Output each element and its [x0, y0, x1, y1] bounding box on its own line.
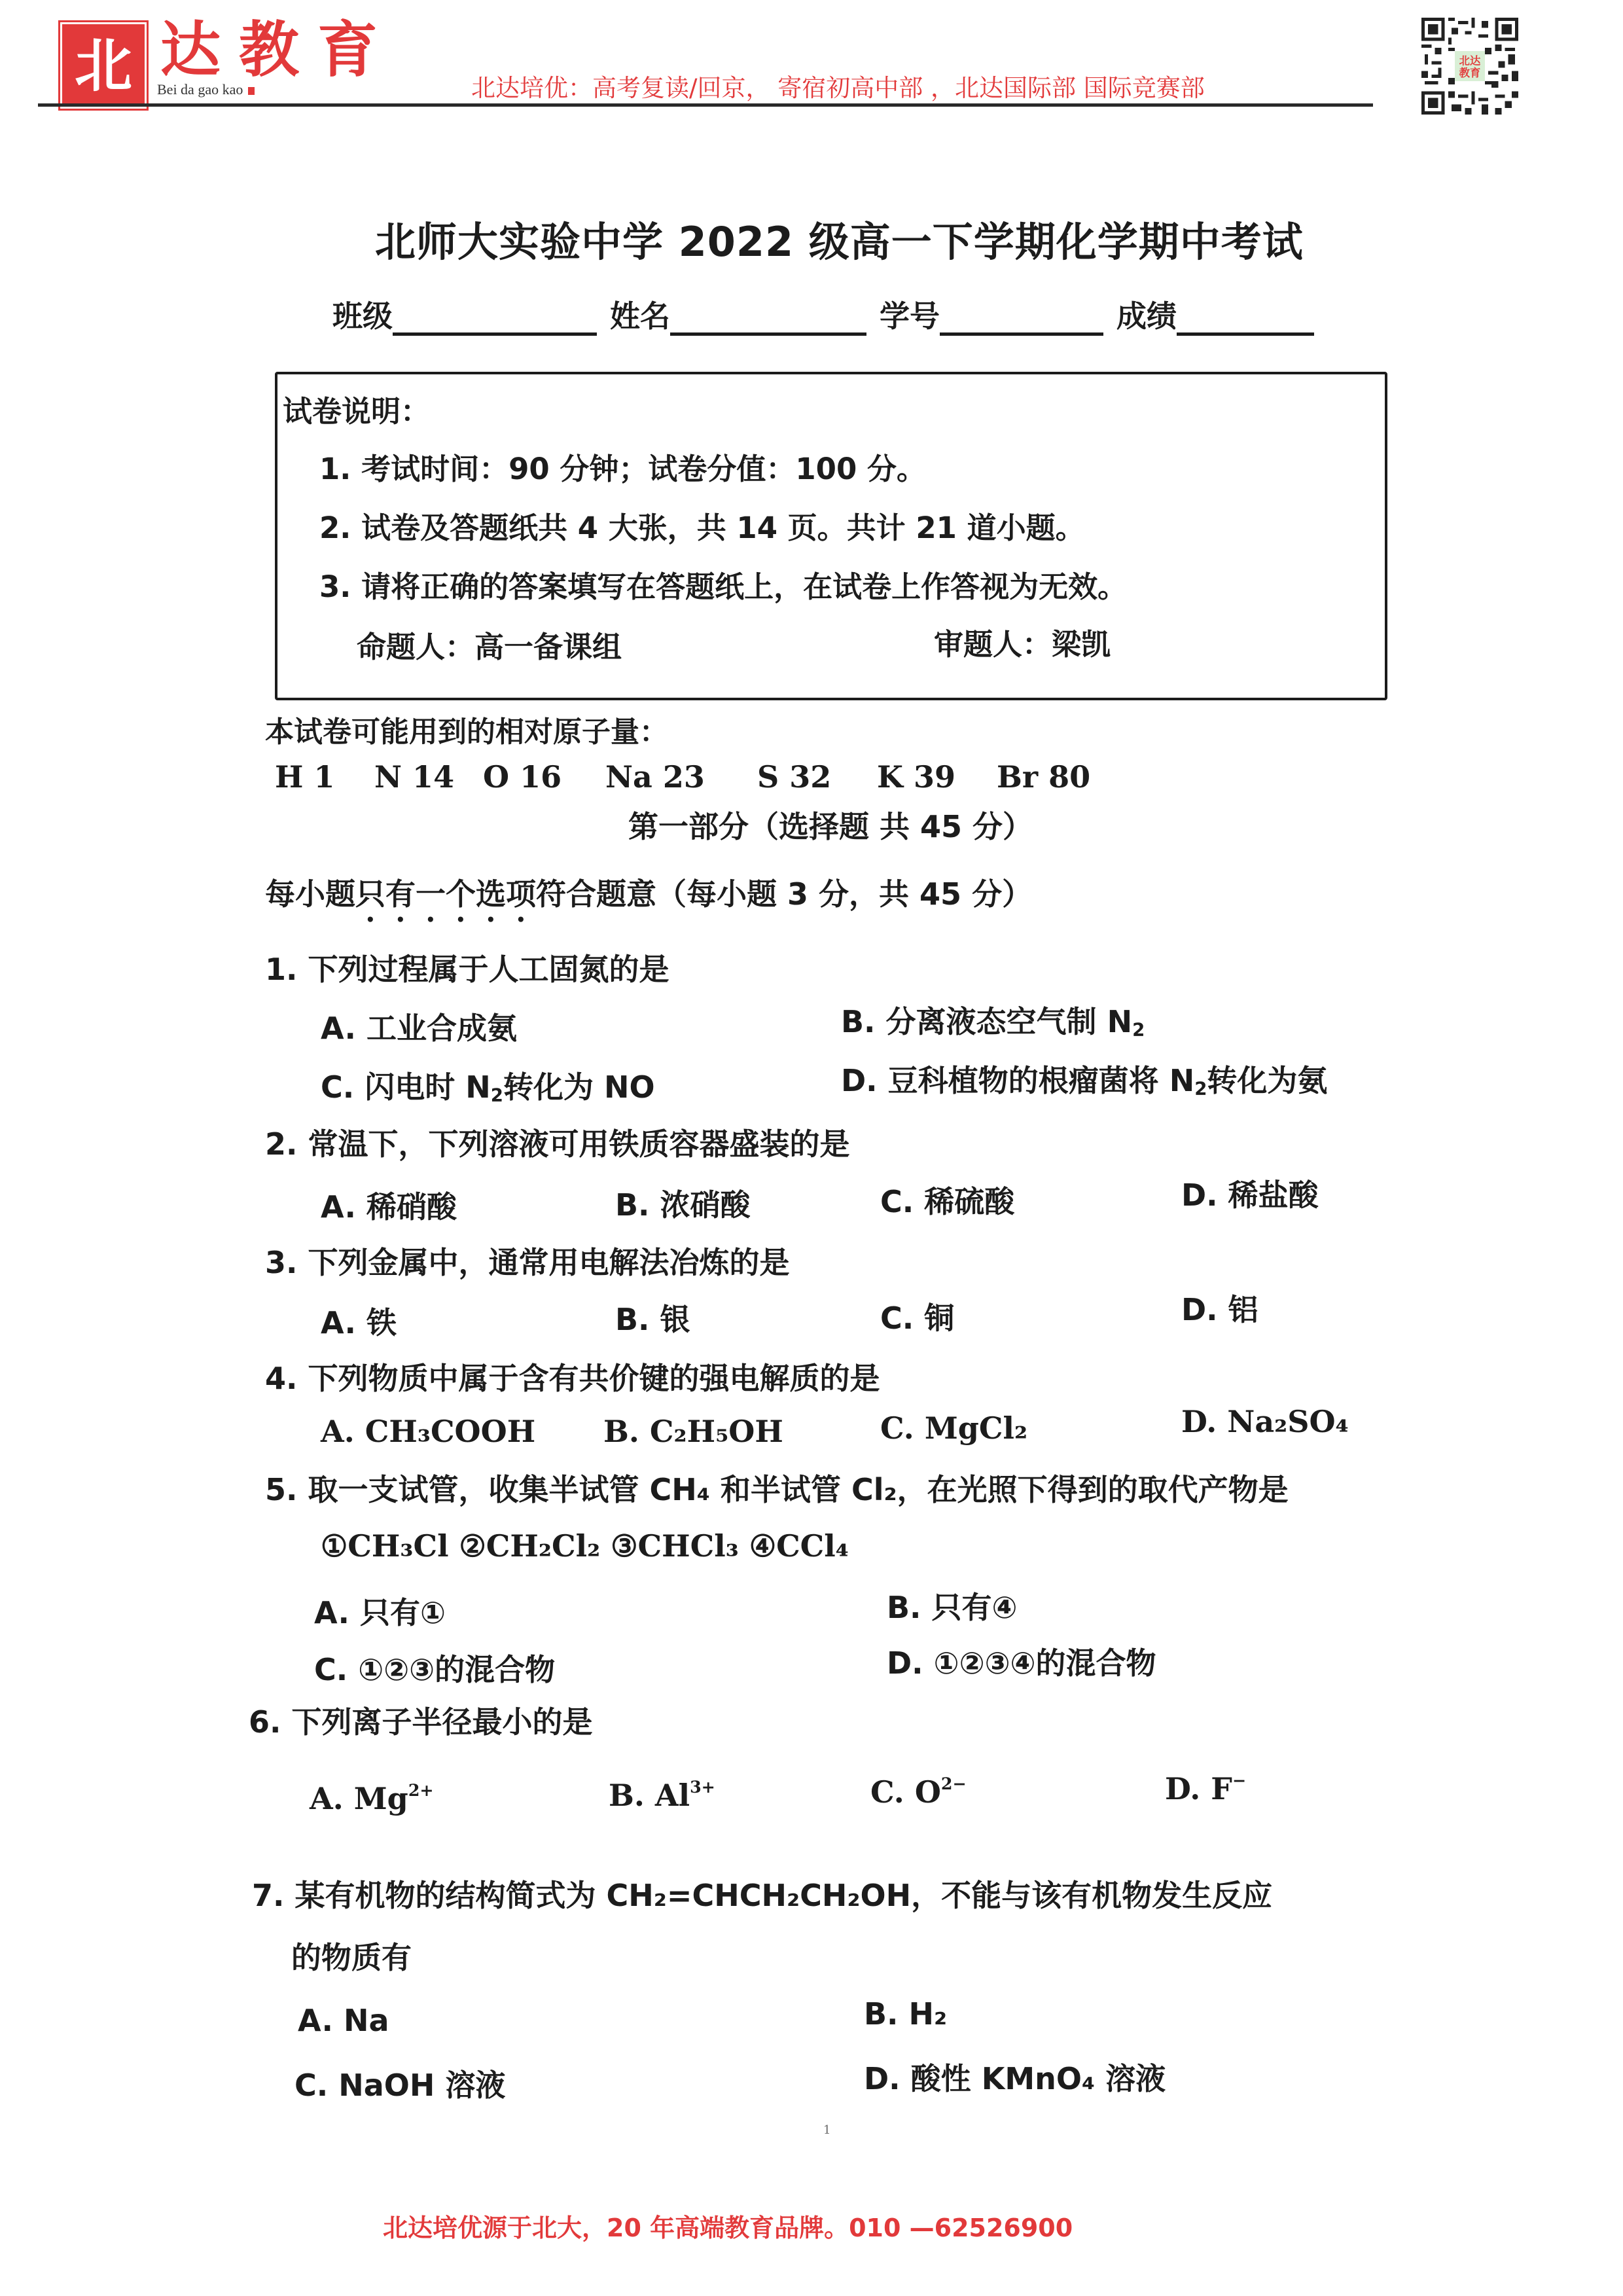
question-7: 7. 某有机物的结构简式为 CH₂=CHCH₂CH₂OH，不能与该有机物发生反应: [252, 1872, 1272, 1915]
atomic-mass-n: N 14: [374, 759, 454, 795]
qr-code-icon: 北达 教育: [1420, 18, 1520, 115]
q7-option-a[interactable]: A. Na: [298, 2003, 389, 2038]
question-7-continued: 的物质有: [291, 1934, 412, 1977]
student-id-field[interactable]: [940, 304, 1103, 336]
q3-option-b[interactable]: B. 银: [615, 1296, 690, 1339]
name-field-label: 姓名: [610, 293, 670, 336]
option-text: C. O: [870, 1774, 941, 1810]
charge-superscript: 2+: [408, 1780, 434, 1800]
question-stem: 取一支试管，收集半试管 CH₄ 和半试管 Cl₂，在光照下得到的取代产物是: [308, 1472, 1289, 1507]
score-field[interactable]: [1177, 304, 1314, 336]
reviewer-line: 审题人：梁凯: [934, 620, 1111, 663]
question-number: 1.: [265, 952, 297, 987]
option-text: 转化为氨: [1207, 1063, 1327, 1098]
charge-superscript: 2−: [941, 1774, 967, 1793]
q6-option-c[interactable]: C. O2−: [870, 1774, 967, 1810]
question-stem: 某有机物的结构简式为 CH₂=CHCH₂CH₂OH，不能与该有机物发生反应: [295, 1878, 1273, 1913]
question-stem: 下列过程属于人工固氮的是: [308, 952, 669, 987]
score-field-label: 成绩: [1116, 293, 1177, 336]
q6-option-b[interactable]: B. Al3+: [609, 1777, 715, 1813]
q5-option-a[interactable]: A. 只有①: [314, 1589, 446, 1632]
footer-banner: 北达培优源于北大，20 年高端教育品牌。010 —62526900: [383, 2208, 1073, 2244]
svg-text:北达: 北达: [1459, 54, 1481, 67]
q2-option-a[interactable]: A. 稀硝酸: [321, 1183, 457, 1227]
question-stem: 常温下，下列溶液可用铁质容器盛装的是: [308, 1126, 850, 1162]
question-6: 6. 下列离子半径最小的是: [249, 1698, 593, 1742]
logo-name: 达教育: [160, 20, 396, 80]
section-instruction: 每小题只有一个选项符合题意（每小题 3 分，共 45 分）: [265, 870, 1032, 929]
section-instruction-tail: 符合题意（每小题 3 分，共 45 分）: [536, 876, 1032, 912]
q1-option-a[interactable]: A. 工业合成氨: [321, 1005, 517, 1048]
question-number: 5.: [265, 1472, 297, 1507]
author-label: 命题人：: [357, 630, 474, 664]
q3-option-a[interactable]: A. 铁: [321, 1299, 397, 1342]
question-stem: 下列金属中，通常用电解法冶炼的是: [308, 1245, 790, 1280]
atomic-mass-na: Na 23: [605, 759, 705, 795]
q7-option-d[interactable]: D. 酸性 KMnO₄ 溶液: [864, 2055, 1166, 2098]
question-2: 2. 常温下，下列溶液可用铁质容器盛装的是: [265, 1121, 850, 1164]
charge-superscript: 3+: [690, 1777, 715, 1797]
q3-option-c[interactable]: C. 铜: [880, 1295, 954, 1338]
reviewer-label: 审题人：: [934, 627, 1052, 662]
logo-mark-text: 北: [75, 37, 132, 94]
instruction-item: 3. 请将正确的答案填写在答题纸上，在试卷上作答视为无效。: [319, 563, 1127, 605]
logo-mark: 北: [62, 24, 145, 107]
svg-text:教育: 教育: [1459, 67, 1481, 79]
question-stem: 下列物质中属于含有共价键的强电解质的是: [308, 1361, 880, 1396]
q4-option-d[interactable]: D. Na₂SO₄: [1181, 1404, 1349, 1439]
question-5: 5. 取一支试管，收集半试管 CH₄ 和半试管 Cl₂，在光照下得到的取代产物是: [265, 1466, 1289, 1509]
option-text: C. 闪电时 N: [321, 1069, 491, 1105]
page-number: 1: [823, 2123, 830, 2137]
question-number: 7.: [252, 1878, 284, 1913]
option-text: 转化为 NO: [503, 1069, 655, 1105]
q6-option-a[interactable]: A. Mg2+: [310, 1780, 434, 1816]
question-1: 1. 下列过程属于人工固氮的是: [265, 946, 669, 989]
q7-option-b[interactable]: B. H₂: [864, 1996, 947, 2032]
reviewer-value: 梁凯: [1052, 627, 1111, 662]
header-tagline: 北达培优：高考复读/回京， 寄宿初高中部 ，北达国际部 国际竞赛部: [471, 68, 1205, 103]
question-stem: 下列离子半径最小的是: [292, 1704, 593, 1740]
exam-title: 北师大实验中学 2022 级高一下学期化学期中考试: [375, 209, 1304, 268]
option-text: A. Mg: [310, 1781, 408, 1816]
class-field-label: 班级: [332, 293, 393, 336]
author-line: 命题人：高一备课组: [357, 623, 622, 666]
q2-option-c[interactable]: C. 稀硫酸: [880, 1178, 1014, 1221]
q3-option-d[interactable]: D. 铝: [1181, 1286, 1258, 1329]
question-number: 3.: [265, 1245, 297, 1280]
q5-items: ①CH₃Cl ②CH₂Cl₂ ③CHCl₃ ④CCl₄: [321, 1528, 849, 1564]
class-field[interactable]: [393, 304, 597, 336]
question-4: 4. 下列物质中属于含有共价键的强电解质的是: [265, 1355, 880, 1398]
student-info-row: 班级 姓名 学号 成绩: [332, 293, 1317, 336]
q5-option-c[interactable]: C. ①②③的混合物: [314, 1646, 555, 1689]
q5-option-d[interactable]: D. ①②③④的混合物: [887, 1640, 1156, 1683]
question-number: 4.: [265, 1361, 297, 1396]
section-instruction-lead: 每小题: [265, 876, 355, 912]
q4-option-c[interactable]: C. MgCl₂: [880, 1410, 1027, 1446]
question-number: 6.: [249, 1704, 281, 1740]
logo-square-icon: [248, 87, 255, 95]
instruction-item: 2. 试卷及答题纸共 4 大张，共 14 页。共计 21 道小题。: [319, 504, 1085, 547]
q1-option-c[interactable]: C. 闪电时 N2转化为 NO: [321, 1064, 655, 1107]
option-text: B. Al: [609, 1778, 690, 1813]
charge-superscript: −: [1232, 1770, 1246, 1790]
question-number: 2.: [265, 1126, 297, 1162]
atomic-mass-h: H 1: [275, 759, 334, 795]
atomic-mass-heading: 本试卷可能用到的相对原子量：: [265, 708, 668, 750]
section-title: 第一部分（选择题 共 45 分）: [628, 803, 1033, 846]
atomic-mass-k: K 39: [877, 759, 955, 795]
header-divider: [38, 103, 1373, 107]
logo-subtitle-text: Bei da gao kao: [157, 81, 243, 98]
q4-option-b[interactable]: B. C₂H₅OH: [603, 1414, 783, 1449]
instruction-item: 1. 考试时间：90 分钟；试卷分值：100 分。: [319, 445, 926, 488]
question-3: 3. 下列金属中，通常用电解法冶炼的是: [265, 1239, 790, 1282]
section-instruction-emphasis: 只有一个选项: [355, 876, 536, 912]
q4-option-a[interactable]: A. CH₃COOH: [321, 1414, 535, 1449]
logo-subtitle: Bei da gao kao: [157, 81, 255, 98]
atomic-mass-o: O 16: [483, 759, 562, 795]
q1-option-b[interactable]: B. 分离液态空气制 N2: [841, 998, 1145, 1041]
q2-option-b[interactable]: B. 浓硝酸: [615, 1181, 751, 1225]
option-text: D. 豆科植物的根瘤菌将 N: [841, 1063, 1194, 1098]
q7-option-c[interactable]: C. NaOH 溶液: [294, 2062, 505, 2105]
q6-option-d[interactable]: D. F−: [1165, 1770, 1246, 1806]
q5-option-b[interactable]: B. 只有④: [887, 1584, 1018, 1627]
student-id-field-label: 学号: [880, 293, 940, 336]
option-text: D. F: [1165, 1771, 1232, 1806]
option-text: B. 分离液态空气制 N: [841, 1004, 1132, 1039]
atomic-mass-br: Br 80: [997, 759, 1090, 795]
q2-option-d[interactable]: D. 稀盐酸: [1181, 1172, 1319, 1215]
author-value: 高一备课组: [474, 630, 622, 664]
atomic-mass-s: S 32: [757, 759, 831, 795]
q1-option-d[interactable]: D. 豆科植物的根瘤菌将 N2转化为氨: [841, 1057, 1327, 1100]
name-field[interactable]: [670, 304, 866, 336]
instructions-heading: 试卷说明：: [283, 387, 430, 430]
